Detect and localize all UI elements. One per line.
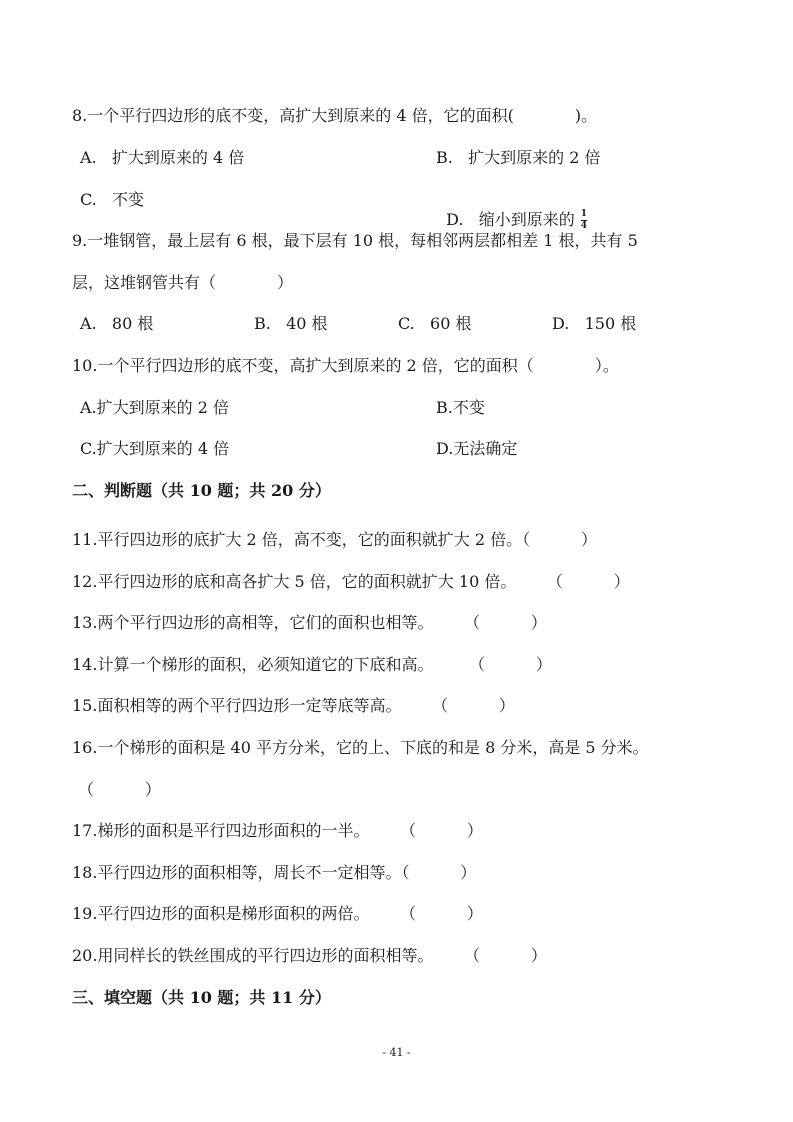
judgment-item-16-answer: （ ） bbox=[78, 780, 161, 800]
question-8-option-c: C. 不变 bbox=[80, 190, 144, 210]
section-2-heading: 二、判断题（共 10 题；共 20 分） bbox=[72, 481, 331, 501]
judgment-item-12: 12.平行四边形的底和高各扩大 5 倍，它的面积就扩大 10 倍。 （ ） bbox=[72, 572, 630, 592]
section-3-heading: 三、填空题（共 10 题；共 11 分） bbox=[72, 988, 331, 1008]
question-9-stem-line1: 9.一堆钢管，最上层有 6 根，最下层有 10 根，每相邻两层都相差 1 根，共… bbox=[72, 231, 638, 251]
question-9-stem-line2: 层，这堆钢管共有（ ） bbox=[72, 273, 293, 293]
question-9-option-d: D. 150 根 bbox=[552, 314, 636, 334]
judgment-item-19: 19.平行四边形的面积是梯形面积的两倍。 （ ） bbox=[72, 904, 483, 924]
judgment-item-16: 16.一个梯形的面积是 40 平方分米，它的上、下底的和是 8 分米，高是 5 … bbox=[72, 738, 649, 758]
fraction-numerator: 1 bbox=[581, 210, 587, 219]
judgment-item-13: 13.两个平行四边形的高相等，它们的面积也相等。 （ ） bbox=[72, 613, 547, 633]
question-8-option-a: A. 扩大到原来的 4 倍 bbox=[80, 148, 244, 168]
judgment-item-18: 18.平行四边形的面积相等，周长不一定相等。（ ） bbox=[72, 863, 476, 883]
question-10-option-a: A.扩大到原来的 2 倍 bbox=[80, 398, 229, 418]
question-8-option-b: B. 扩大到原来的 2 倍 bbox=[436, 148, 600, 168]
question-10-option-b: B.不变 bbox=[436, 398, 485, 418]
question-9-option-a: A. 80 根 bbox=[80, 314, 153, 334]
question-10-option-c: C.扩大到原来的 4 倍 bbox=[80, 439, 229, 459]
question-9-option-b: B. 40 根 bbox=[254, 314, 328, 334]
judgment-item-11: 11.平行四边形的底扩大 2 倍，高不变，它的面积就扩大 2 倍。（ ） bbox=[72, 530, 597, 550]
fraction-denominator: 4 bbox=[581, 222, 587, 231]
question-8-option-d: D. 缩小到原来的14 bbox=[436, 190, 587, 231]
question-8-stem: 8.一个平行四边形的底不变，高扩大到原来的 4 倍，它的面积( )。 bbox=[72, 106, 597, 126]
judgment-item-15: 15.面积相等的两个平行四边形一定等底等高。 （ ） bbox=[72, 696, 515, 716]
page-number: - 41 - bbox=[0, 1046, 793, 1059]
judgment-item-17: 17.梯形的面积是平行四边形面积的一半。 （ ） bbox=[72, 821, 483, 841]
question-8-option-d-text: D. 缩小到原来的 bbox=[446, 210, 575, 229]
judgment-item-20: 20.用同样长的铁丝围成的平行四边形的面积相等。 （ ） bbox=[72, 946, 547, 966]
judgment-item-14: 14.计算一个梯形的面积，必须知道它的下底和高。 （ ） bbox=[72, 655, 552, 675]
question-10-option-d: D.无法确定 bbox=[436, 439, 517, 459]
question-9-option-c: C. 60 根 bbox=[398, 314, 471, 334]
question-10-stem: 10.一个平行四边形的底不变，高扩大到原来的 2 倍，它的面积（ ）。 bbox=[72, 356, 619, 376]
fraction-one-quarter: 14 bbox=[581, 210, 587, 231]
